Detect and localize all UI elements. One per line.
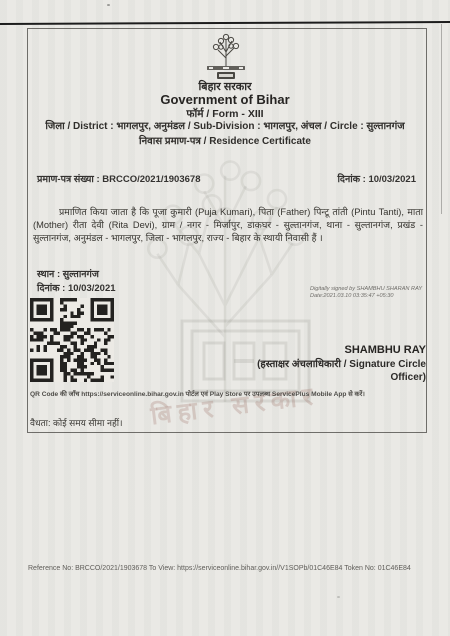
validity-note: वैधता: कोई समय सीमा नहीं। xyxy=(30,416,123,429)
bihar-emblem-icon xyxy=(203,32,249,80)
signatory-name: SHAMBHU RAY xyxy=(246,344,426,356)
district-line: जिला / District : भागलपुर, अनुमंडल / Sub… xyxy=(35,121,415,133)
digital-signature-stamp: Digitally signed by SHAMBHU SHARAN RAY D… xyxy=(310,286,442,300)
digital-signature-line2: Date:2021.03.10 03:35:47 +05:30 xyxy=(310,293,442,300)
form-number: फॉर्म / Form - XIII xyxy=(0,107,450,121)
scanned-residence-certificate: बिहार सरकार बिहार सरकार Government of Bi… xyxy=(0,0,450,636)
digital-signature-line1: Digitally signed by SHAMBHU SHARAN RAY xyxy=(310,286,442,293)
certificate-date: दिनांक : 10/03/2021 xyxy=(0,172,416,185)
title-english: Government of Bihar xyxy=(0,92,450,107)
qr-verification-note: QR Code की जाँच https://serviceonline.bi… xyxy=(30,390,365,399)
scan-speck xyxy=(337,596,340,598)
signatory-designation: (हस्ताक्षर अंचलाधिकारी / Signature Circl… xyxy=(236,358,426,384)
scan-speck xyxy=(107,4,110,6)
qr-code xyxy=(30,296,114,384)
issue-date: दिनांक : 10/03/2021 xyxy=(37,281,116,294)
issue-place: स्थान : सुल्तानगंज xyxy=(37,267,99,280)
certificate-body-text: प्रमाणित किया जाता है कि पूजा कुमारी (Pu… xyxy=(33,206,423,245)
reference-line: Reference No: BRCCO/2021/1903678 To View… xyxy=(28,565,438,572)
scan-edge-line xyxy=(0,21,450,25)
document-title: निवास प्रमाण-पत्र / Residence Certificat… xyxy=(0,133,450,147)
